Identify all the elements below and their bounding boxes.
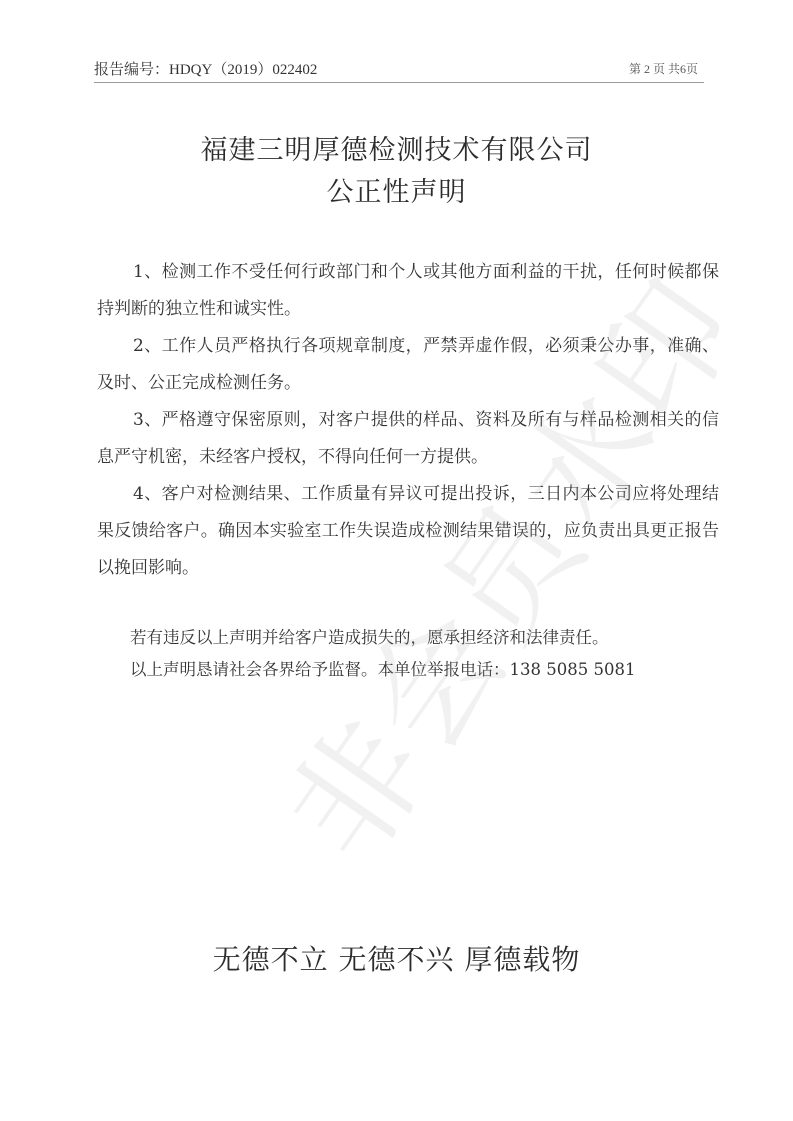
company-motto: 无德不立 无德不兴 厚德载物 <box>0 938 793 978</box>
report-number: 报告编号：HDQY（2019）022402 <box>94 58 317 79</box>
page-indicator: 第 2 页 共6页 <box>629 60 698 77</box>
supervision-statement: 以上声明恳请社会各界给予监督。本单位举报电话：138 5085 5081 <box>130 654 730 686</box>
statement-list: 1、检测工作不受任何行政部门和个人或其他方面利益的干扰，任何时候都保持判断的独立… <box>97 254 719 587</box>
statement-2: 2、工作人员严格执行各项规章制度，严禁弄虚作假，必须秉公办事，准确、及时、公正完… <box>97 328 719 402</box>
document-title: 公正性声明 <box>0 170 793 209</box>
statement-1: 1、检测工作不受任何行政部门和个人或其他方面利益的干扰，任何时候都保持判断的独立… <box>97 254 719 328</box>
statement-4: 4、客户对检测结果、工作质量有异议可提出投诉，三日内本公司应将处理结果反馈给客户… <box>97 476 719 587</box>
closing-section: 若有违反以上声明并给客户造成损失的，愿承担经济和法律责任。 以上声明恳请社会各界… <box>130 622 730 686</box>
statement-3: 3、严格遵守保密原则，对客户提供的样品、资料及所有与样品检测相关的信息严守机密，… <box>97 402 719 476</box>
page-header: 报告编号：HDQY（2019）022402 第 2 页 共6页 <box>94 56 704 83</box>
company-title: 福建三明厚德检测技术有限公司 <box>0 128 793 167</box>
liability-statement: 若有违反以上声明并给客户造成损失的，愿承担经济和法律责任。 <box>130 622 730 654</box>
